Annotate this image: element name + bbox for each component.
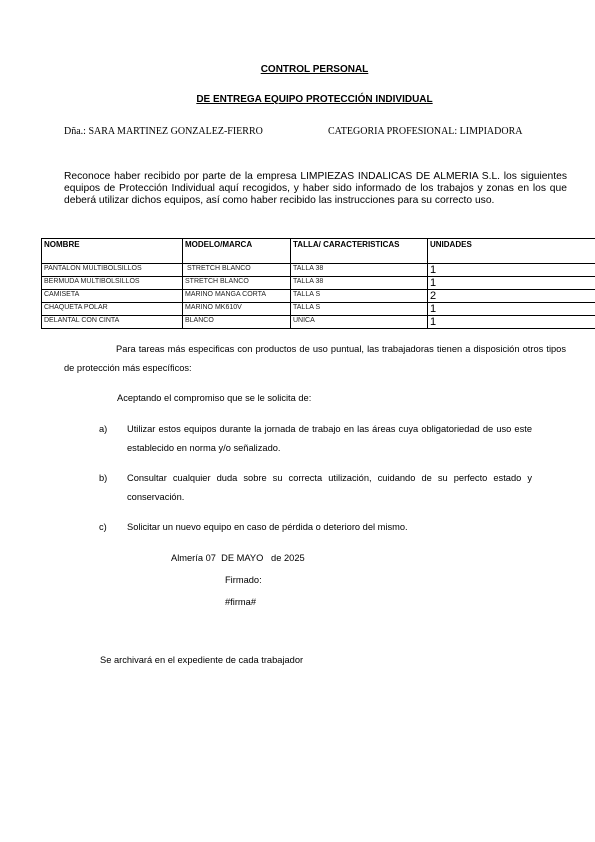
cell-nombre: BERMUDA MULTIBOLSILLOS (42, 277, 183, 290)
commitment-a-letter: a) (99, 420, 107, 439)
header-nombre: NOMBRE (42, 239, 183, 264)
cell-unidades: 1 (428, 277, 595, 290)
cell-talla: UNICA (291, 316, 428, 329)
intro-paragraph: Reconoce haber recibido por parte de la … (64, 171, 567, 208)
table-row: DELANTAL CON CINTA BLANCO UNICA 1 (42, 316, 595, 329)
signature-placeholder: #firma# (225, 593, 256, 612)
cell-nombre: DELANTAL CON CINTA (42, 316, 183, 329)
cell-modelo: STRETCH BLANCO (183, 264, 291, 277)
cell-talla: TALLA S (291, 303, 428, 316)
table-row: PANTALON MULTIBOLSILLOS STRETCH BLANCO T… (42, 264, 595, 277)
cell-talla: TALLA 38 (291, 264, 428, 277)
commitment-b-letter: b) (99, 469, 107, 488)
cell-unidades: 1 (428, 303, 595, 316)
cell-nombre: CHAQUETA POLAR (42, 303, 183, 316)
table-header-row: NOMBRE MODELO/MARCA TALLA/ CARACTERISTIC… (42, 239, 595, 264)
cell-nombre: CAMISETA (42, 290, 183, 303)
table-row: CAMISETA MARINO MANGA CORTA TALLA S 2 (42, 290, 595, 303)
recipient-name: Dña.: SARA MARTINEZ GONZALEZ-FIERRO (64, 126, 263, 137)
document-title: CONTROL PERSONAL (17, 64, 595, 75)
ppe-table: NOMBRE MODELO/MARCA TALLA/ CARACTERISTIC… (41, 238, 595, 329)
professional-category: CATEGORIA PROFESIONAL: LIMPIADORA (328, 126, 522, 137)
place-date: Almería 07 DE MAYO de 2025 (171, 549, 305, 568)
header-talla: TALLA/ CARACTERISTICAS (291, 239, 428, 264)
acceptance-line: Aceptando el compromiso que se le solici… (117, 389, 311, 408)
table-row: BERMUDA MULTIBOLSILLOS STRETCH BLANCO TA… (42, 277, 595, 290)
table-row: CHAQUETA POLAR MARINO MK610V TALLA S 1 (42, 303, 595, 316)
document-subtitle: DE ENTREGA EQUIPO PROTECCIÓN INDIVIDUAL (17, 94, 595, 105)
cell-talla: TALLA S (291, 290, 428, 303)
commitment-c-text: Solicitar un nuevo equipo en caso de pér… (127, 518, 532, 537)
specific-protection-paragraph: Para tareas más especificas con producto… (64, 340, 566, 378)
cell-modelo: STRETCH BLANCO (183, 277, 291, 290)
cell-unidades: 1 (428, 316, 595, 329)
signed-label: Firmado: (225, 571, 262, 590)
cell-unidades: 1 (428, 264, 595, 277)
cell-modelo: MARINO MANGA CORTA (183, 290, 291, 303)
cell-talla: TALLA 38 (291, 277, 428, 290)
archive-note: Se archivará en el expediente de cada tr… (100, 651, 303, 670)
cell-modelo: MARINO MK610V (183, 303, 291, 316)
cell-unidades: 2 (428, 290, 595, 303)
cell-nombre: PANTALON MULTIBOLSILLOS (42, 264, 183, 277)
commitment-a-text: Utilizar estos equipos durante la jornad… (127, 420, 532, 458)
cell-modelo: BLANCO (183, 316, 291, 329)
commitment-c-letter: c) (99, 518, 107, 537)
header-modelo: MODELO/MARCA (183, 239, 291, 264)
commitment-b-text: Consultar cualquier duda sobre su correc… (127, 469, 532, 507)
header-unidades: UNIDADES (428, 239, 595, 264)
